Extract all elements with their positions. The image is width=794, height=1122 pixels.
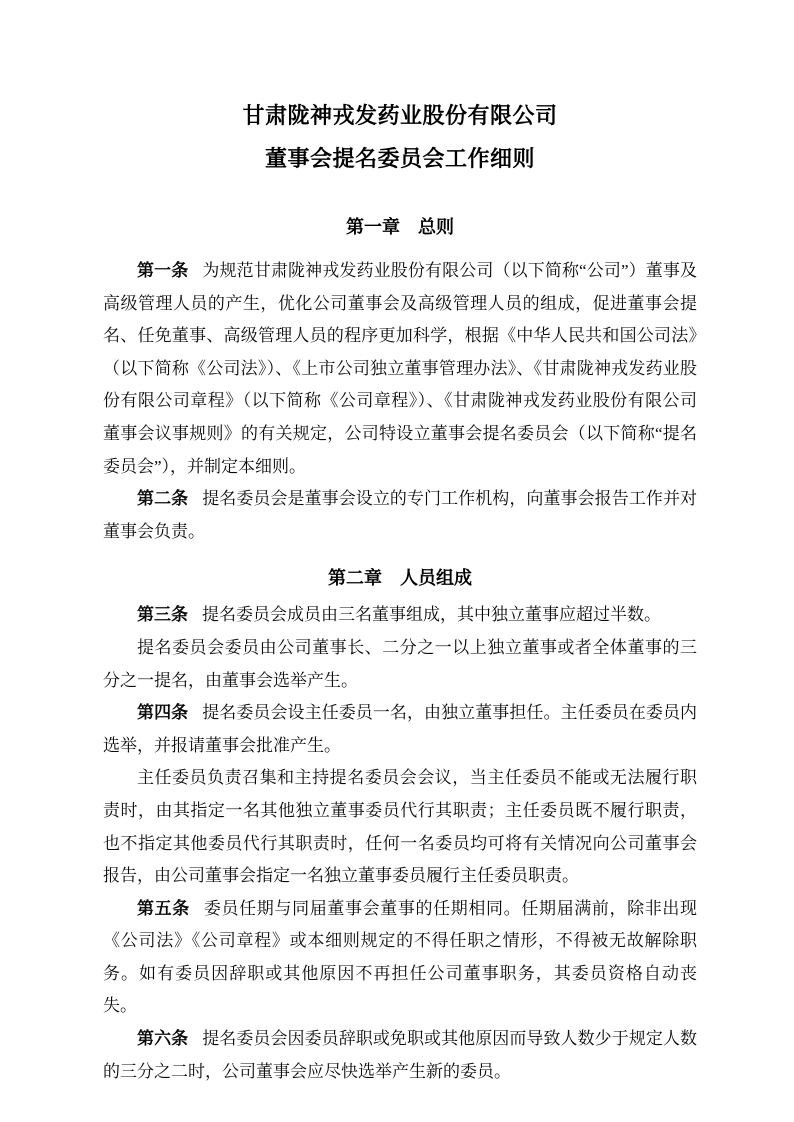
article-4: 第四条提名委员会设主任委员一名，由独立董事担任。主任委员在委员内选举，并报请董事… [103,697,697,762]
document-title-line-1: 甘肃陇神戎发药业股份有限公司 [103,94,697,137]
article-4-paragraph-2-text: 主任委员负责召集和主持提名委员会会议，当主任委员不能或无法履行职责时，由其指定一… [103,768,697,885]
chapter-2-heading: 第二章 人员组成 [103,561,697,595]
chapter-1-heading: 第一章 总则 [103,210,697,244]
article-6: 第六条提名委员会因委员辞职或免职或其他原因而导致人数少于规定人数的三分之二时，公… [103,1023,697,1088]
article-1-text: 为规范甘肃陇神戎发药业股份有限公司（以下简称“公司”）董事及高级管理人员的产生，… [103,261,697,476]
article-1: 第一条为规范甘肃陇神戎发药业股份有限公司（以下简称“公司”）董事及高级管理人员的… [103,255,697,483]
article-3-text: 提名委员会成员由三名董事组成，其中独立董事应超过半数。 [202,605,661,624]
article-2-number: 第二条 [137,489,188,508]
article-4-paragraph-2: 主任委员负责召集和主持提名委员会会议，当主任委员不能或无法履行职责时，由其指定一… [103,762,697,892]
article-5: 第五条委员任期与同届董事会董事的任期相同。任期届满前，除非出现《公司法》《公司章… [103,893,697,1023]
document-title-line-2: 董事会提名委员会工作细则 [103,137,697,180]
article-1-number: 第一条 [137,261,188,280]
article-4-text: 提名委员会设主任委员一名，由独立董事担任。主任委员在委员内选举，并报请董事会批准… [103,703,697,755]
article-2-text: 提名委员会是董事会设立的专门工作机构，向董事会报告工作并对董事会负责。 [103,489,697,541]
article-2: 第二条提名委员会是董事会设立的专门工作机构，向董事会报告工作并对董事会负责。 [103,483,697,548]
article-5-text: 委员任期与同届董事会董事的任期相同。任期届满前，除非出现《公司法》《公司章程》或… [103,899,697,1016]
document-page: 甘肃陇神戎发药业股份有限公司 董事会提名委员会工作细则 第一章 总则 第一条为规… [0,0,794,1122]
article-3: 第三条提名委员会成员由三名董事组成，其中独立董事应超过半数。 [103,599,697,632]
article-3-number: 第三条 [137,605,188,624]
article-6-number: 第六条 [137,1029,188,1048]
article-6-text: 提名委员会因委员辞职或免职或其他原因而导致人数少于规定人数的三分之二时，公司董事… [103,1029,697,1081]
article-5-number: 第五条 [137,899,190,918]
article-4-number: 第四条 [137,703,188,722]
article-3-paragraph-2: 提名委员会委员由公司董事长、二分之一以上独立董事或者全体董事的三分之一提名，由董… [103,632,697,697]
article-3-paragraph-2-text: 提名委员会委员由公司董事长、二分之一以上独立董事或者全体董事的三分之一提名，由董… [103,638,697,690]
